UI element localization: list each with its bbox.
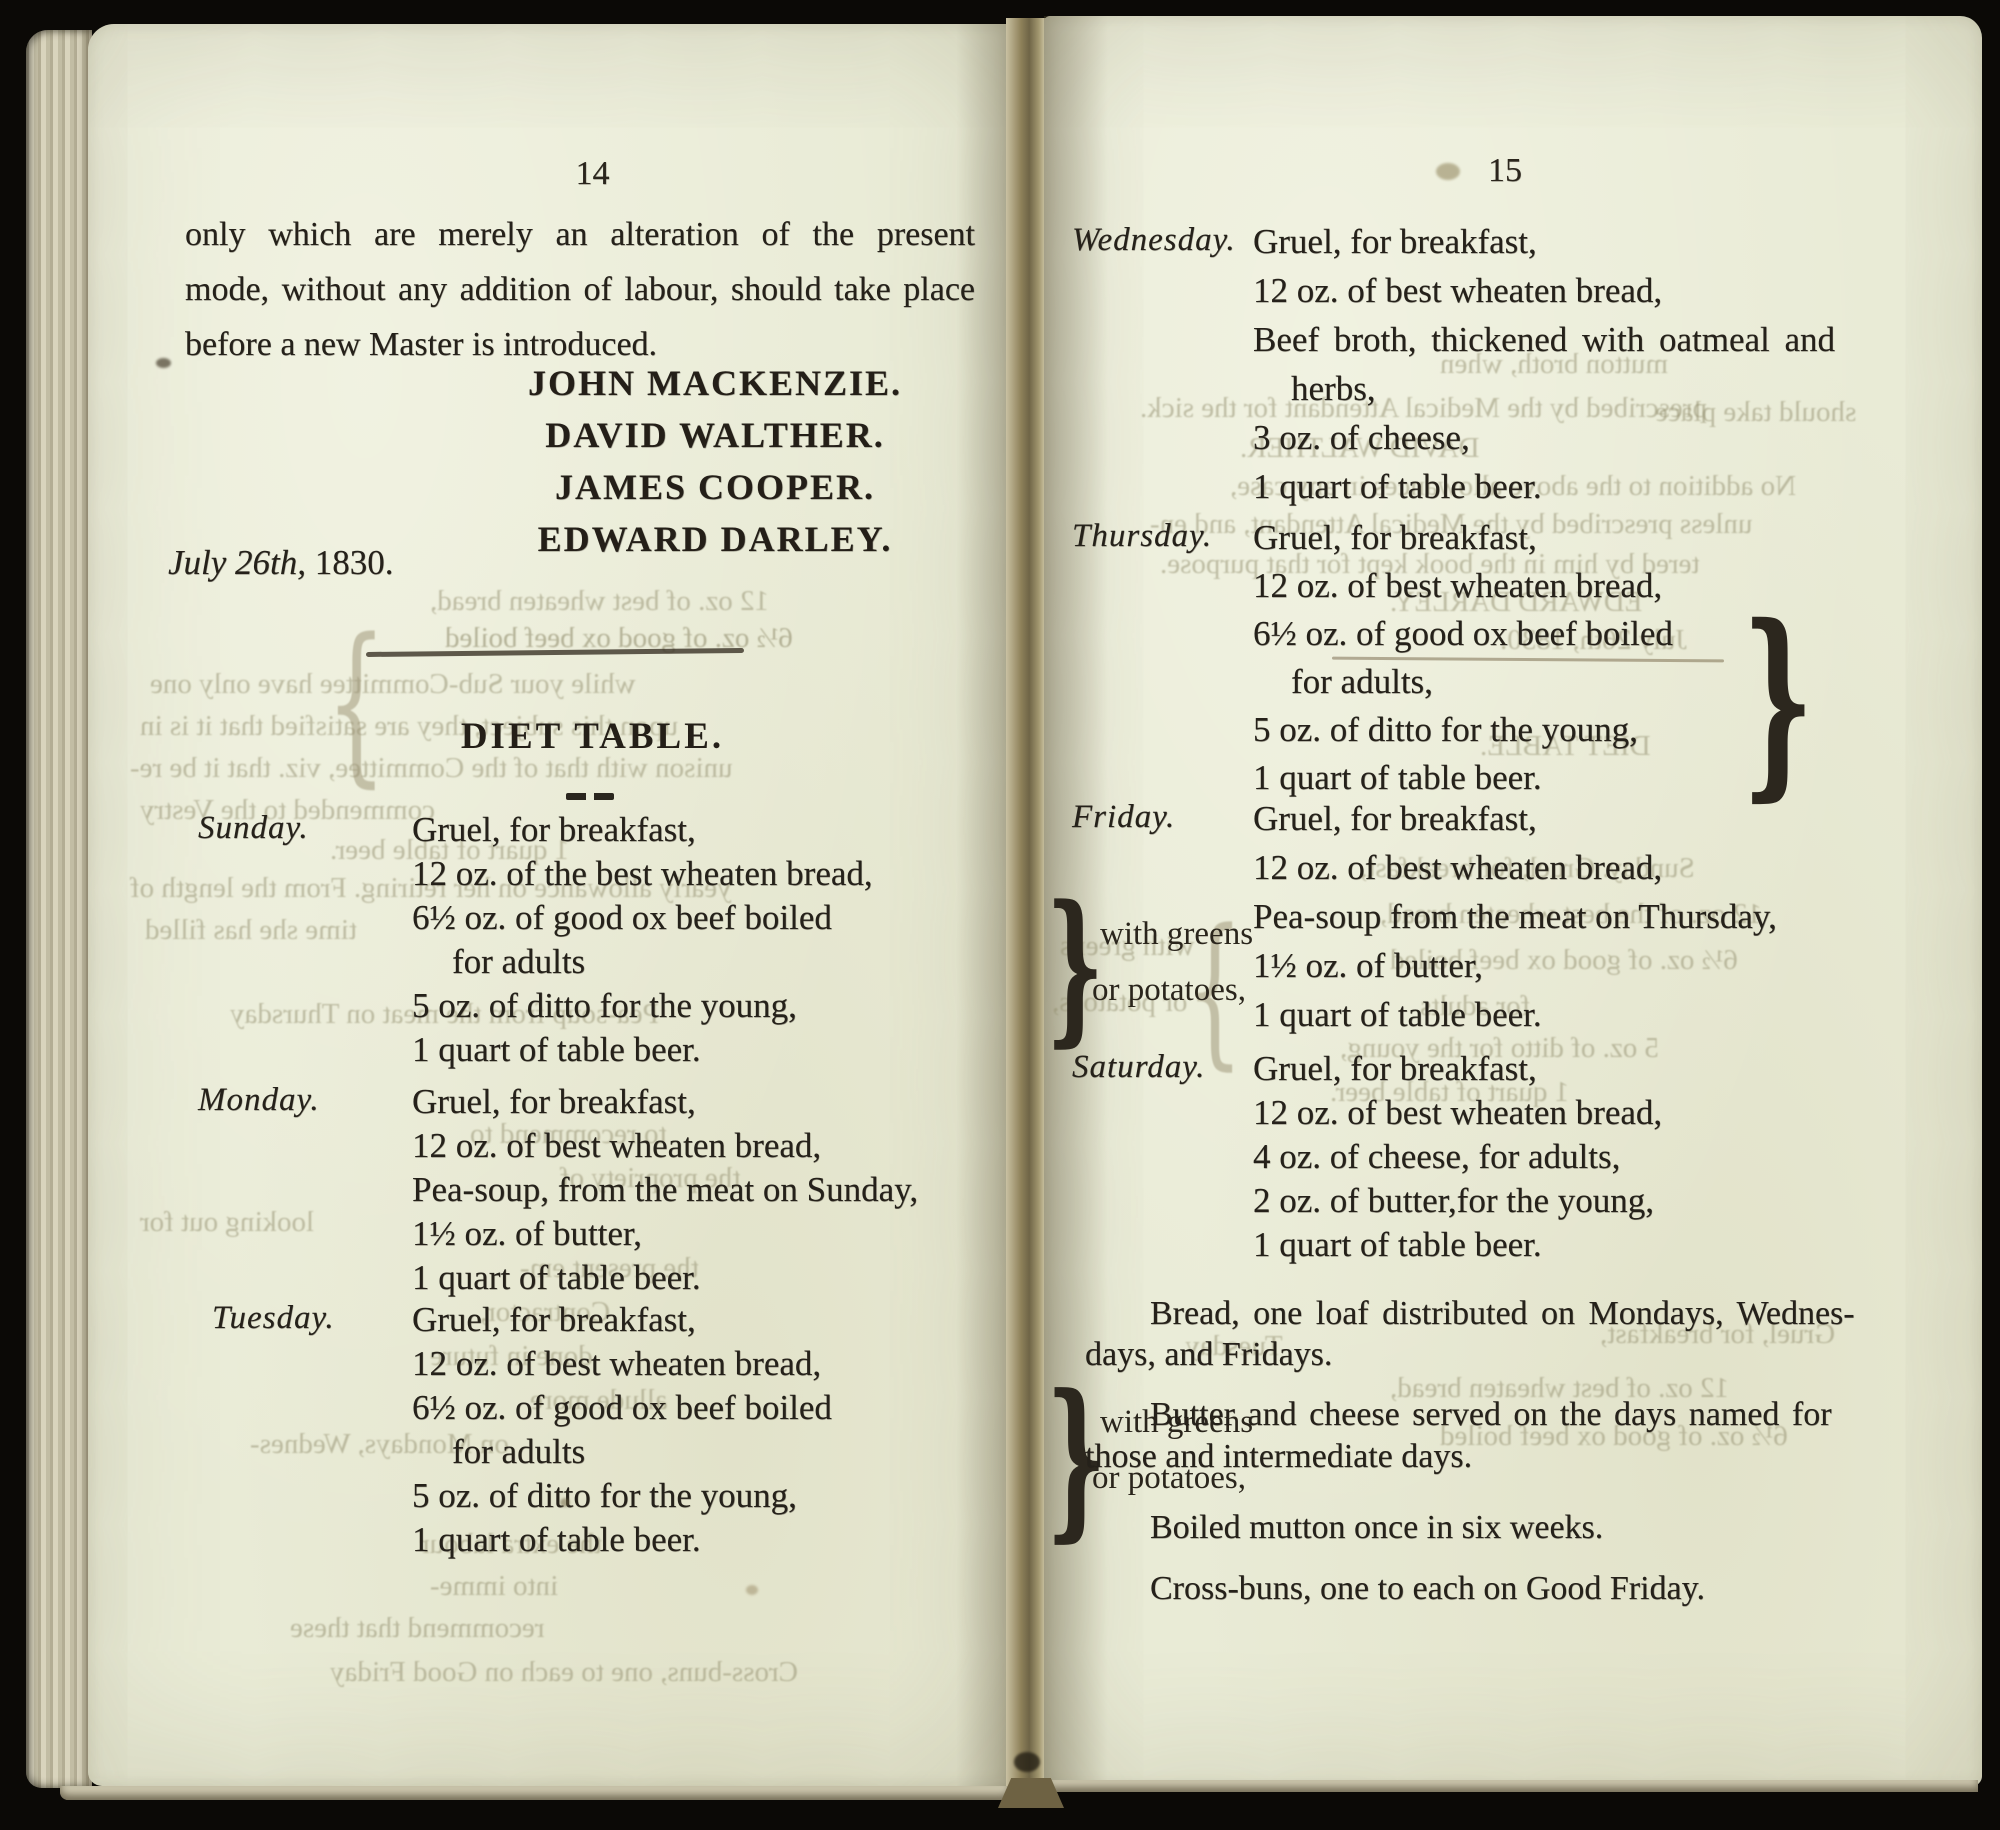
bleedthrough-brace: {: [326, 616, 387, 789]
bleedthrough-text: looking out for: [140, 1206, 314, 1239]
bleedthrough-text: Cross-buns, one to each on Good Friday: [330, 1656, 798, 1689]
diet-line: Gruel, for breakfast,: [1253, 1049, 1537, 1089]
day-label: Saturday.: [1072, 1049, 1205, 1086]
diet-line: herbs,: [1291, 369, 1376, 409]
diet-line: 3 oz. of cheese,: [1253, 418, 1470, 458]
bleedthrough-text: while your Sub-Committee have only one: [150, 668, 636, 701]
smudge: [1436, 163, 1460, 180]
diet-table-heading: DIET TABLE.: [220, 715, 965, 758]
note-paragraph-line: days, and Fridays.: [1085, 1336, 1332, 1374]
day-label: Monday.: [198, 1082, 320, 1119]
day-label: Friday.: [1072, 799, 1175, 836]
diet-line: 1 quart of table beer.: [1253, 467, 1542, 507]
fox-spot: [746, 1585, 758, 1595]
diet-line: 12 oz. of best wheaten bread,: [1253, 1093, 1662, 1133]
diet-line: 12 oz. of best wheaten bread,: [412, 1344, 821, 1384]
day-label: Wednesday.: [1072, 222, 1236, 259]
diet-line: 12 oz. of best wheaten bread,: [1253, 566, 1662, 606]
diet-line: 1½ oz. of butter,: [412, 1214, 642, 1254]
ink-blot: [156, 358, 171, 368]
ink-blot: [1014, 1752, 1040, 1772]
page-edge-stack: [26, 30, 92, 1788]
diet-line: Gruel, for breakfast,: [1253, 799, 1537, 839]
diet-line: 1 quart of table beer.: [1253, 995, 1542, 1035]
diet-line: 6½ oz. of good ox beef boiled: [412, 898, 832, 938]
diet-line: Gruel, for breakfast,: [1253, 518, 1537, 558]
bleedthrough-text: 12 oz. of best wheaten bread,: [430, 585, 769, 618]
diet-line: 1 quart of table beer.: [1253, 758, 1542, 798]
brace: }: [1742, 598, 1814, 801]
diet-line: 12 oz. of best wheaten bread,: [1253, 271, 1662, 311]
diet-line: 12 oz. of best wheaten bread,: [412, 1126, 821, 1166]
diet-line: Gruel, for breakfast,: [412, 1082, 696, 1122]
fox-spot: [560, 1498, 570, 1507]
note-paragraph-line: Cross-buns, one to each on Good Friday.: [1150, 1570, 1705, 1608]
diet-line: 4 oz. of cheese, for adults,: [1253, 1137, 1620, 1177]
intro-line: mode, without any addition of labour, sh…: [185, 271, 975, 309]
diet-line: Gruel, for breakfast,: [1253, 222, 1537, 262]
date-month-day: July 26th,: [168, 543, 306, 582]
diet-line: Pea-soup, from the meat on Sunday,: [412, 1170, 918, 1210]
signature-name: EDWARD DARLEY.: [430, 518, 1000, 560]
book-gutter: [1006, 18, 1046, 1790]
bleedthrough-text: into imme-: [430, 1570, 558, 1603]
heading-rule: [566, 793, 614, 800]
diet-line: 1½ oz. of butter,: [1253, 946, 1483, 986]
diet-line: 12 oz. of the best wheaten bread,: [412, 854, 873, 894]
diet-line: for adults: [452, 942, 585, 982]
diet-line: 1 quart of table beer.: [412, 1258, 701, 1298]
diet-line: 6½ oz. of good ox beef boiled: [412, 1388, 832, 1428]
signature-name: DAVID WALTHER.: [430, 414, 1000, 456]
bleedthrough-text: recommend that these: [290, 1612, 544, 1645]
brace: }: [1046, 884, 1104, 1048]
day-label: Tuesday.: [212, 1300, 335, 1337]
under-page-edge-right: [1048, 1780, 1978, 1792]
diet-line: 12 oz. of best wheaten bread,: [1253, 848, 1662, 888]
day-label: Sunday.: [198, 810, 309, 847]
under-page-edge-left: [60, 1786, 1010, 1800]
diet-line: 1 quart of table beer.: [412, 1030, 701, 1070]
brace-note-line: or potatoes,: [1092, 972, 1246, 1009]
diet-line: for adults,: [1291, 662, 1433, 702]
diet-line: 6½ oz. of good ox beef boiled: [1253, 614, 1673, 654]
intro-line: only which are merely an alteration of t…: [185, 216, 975, 254]
brace-note-line: with greens: [1100, 916, 1253, 953]
bleedthrough-text: should take place: [1655, 396, 1856, 429]
note-paragraph-line: Boiled mutton once in six weeks.: [1150, 1509, 1603, 1547]
day-label: Thursday.: [1072, 518, 1212, 555]
signature-name: JOHN MACKENZIE.: [430, 362, 1000, 404]
diet-line: Gruel, for breakfast,: [412, 810, 696, 850]
signature-name: JAMES COOPER.: [430, 466, 1000, 508]
note-paragraph-line: those and intermediate days.: [1085, 1438, 1472, 1476]
diet-line: Gruel, for breakfast,: [412, 1300, 696, 1340]
diet-line: Beef broth, thickened with oatmeal and: [1253, 320, 1835, 360]
diet-line: 1 quart of table beer.: [1253, 1225, 1542, 1265]
book-scan: 12 oz. of best wheaten bread,6½ oz. of g…: [0, 0, 2000, 1830]
bleedthrough-text: time she has filled: [145, 914, 357, 947]
date-year: 1830.: [315, 543, 394, 582]
page-number-15: 15: [1085, 152, 1925, 190]
diet-line: 1 quart of table beer.: [412, 1520, 701, 1560]
diet-line: 5 oz. of ditto for the young,: [1253, 710, 1638, 750]
note-paragraph-line: Bread, one loaf distributed on Mondays, …: [1150, 1295, 1855, 1333]
note-paragraph-line: Butter and cheese served on the days nam…: [1150, 1396, 1832, 1434]
intro-line: before a new Master is introduced.: [185, 326, 975, 364]
diet-line: 2 oz. of butter,for the young,: [1253, 1181, 1654, 1221]
page-number-14: 14: [220, 155, 965, 193]
diet-line: 5 oz. of ditto for the young,: [412, 986, 797, 1026]
diet-line: for adults: [452, 1432, 585, 1472]
date-line: July 26th, 1830.: [168, 543, 394, 583]
diet-line: Pea-soup from the meat on Thursday,: [1253, 897, 1777, 937]
diet-line: 5 oz. of ditto for the young,: [412, 1476, 797, 1516]
